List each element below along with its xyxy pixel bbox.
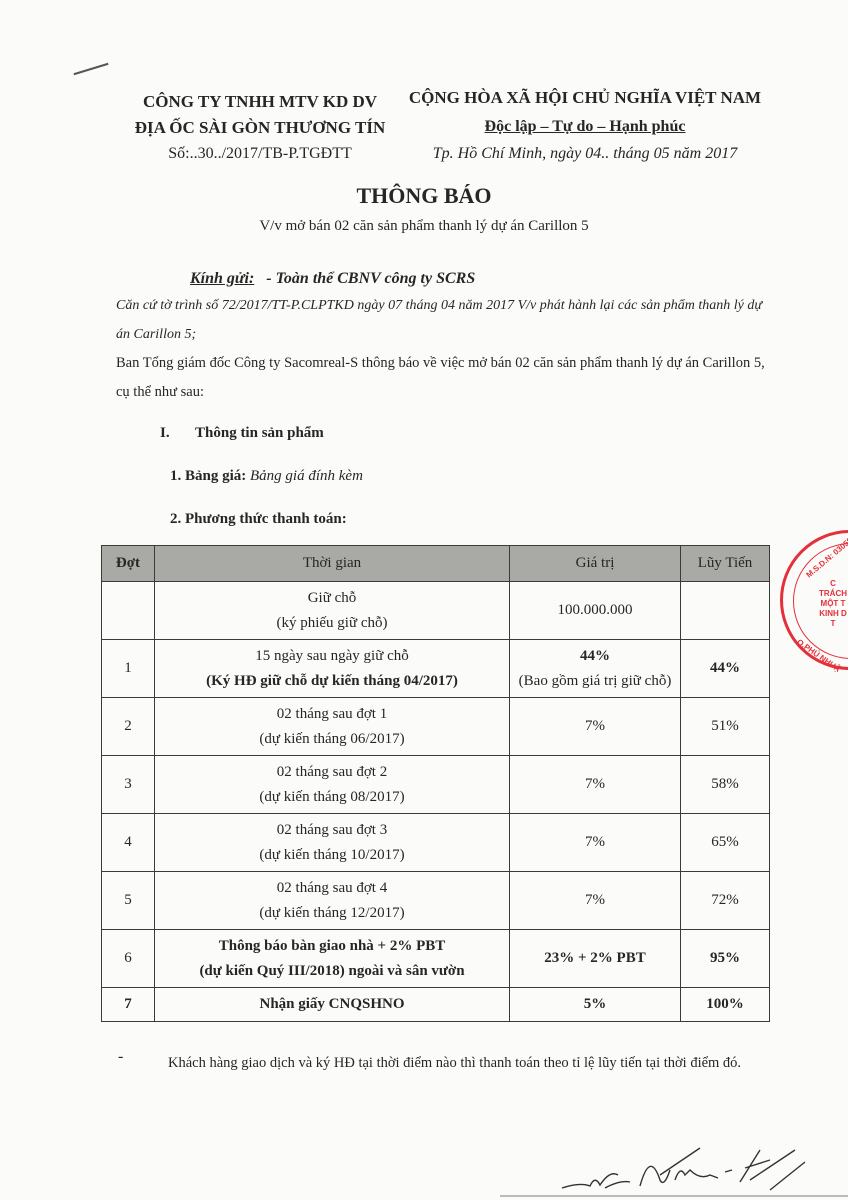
cell-dot: 4 — [102, 814, 155, 872]
cell-text: 02 tháng sau đợt 1 — [277, 706, 387, 722]
cell-dot — [102, 582, 155, 640]
table-row: 7Nhận giấy CNQSHNO5%100% — [102, 988, 770, 1022]
page-edge — [500, 1195, 848, 1197]
stamp-line: KINH D — [819, 609, 847, 618]
cell-text: 6 — [124, 950, 132, 966]
cell-text: 51% — [711, 718, 739, 734]
cell-text: 5 — [124, 892, 132, 908]
document-subject: V/v mở bán 02 căn sản phẩm thanh lý dự á… — [0, 218, 848, 235]
cell-text: (dự kiến tháng 08/2017) — [259, 789, 404, 805]
header-cumulative: Lũy Tiến — [681, 546, 770, 582]
cell-text: (Bao gồm giá trị giữ chỗ) — [519, 673, 672, 689]
cell-value: 7% — [510, 756, 681, 814]
note-body: Khách hàng giao dịch và ký HĐ tại thời đ… — [168, 1055, 741, 1071]
stamp-line: T — [831, 619, 836, 628]
stamp-inner-text: CTRÁCHMỘT TKINH DT — [819, 579, 847, 629]
document-title: THÔNG BÁO — [0, 183, 848, 209]
header-value: Giá trị — [510, 546, 681, 582]
company-seal-stamp: M.S.D.N: 03058 CTRÁCHMỘT TKINH DT Q.PHÚ … — [780, 530, 848, 670]
cell-time: 15 ngày sau ngày giữ chỗ(Ký HĐ giữ chỗ d… — [155, 640, 510, 698]
payment-schedule-table: Đợt Thời gian Giá trị Lũy Tiến Giữ chỗ(k… — [101, 545, 770, 1022]
cell-time: 02 tháng sau đợt 3(dự kiến tháng 10/2017… — [155, 814, 510, 872]
country-heading: CỘNG HÒA XÃ HỘI CHỦ NGHĨA VIỆT NAM — [405, 88, 765, 108]
cell-text: 7 — [124, 996, 132, 1012]
cell-text: 72% — [711, 892, 739, 908]
cell-text: (dự kiến tháng 06/2017) — [259, 731, 404, 747]
cell-cumulative: 65% — [681, 814, 770, 872]
cell-value: 7% — [510, 814, 681, 872]
stamp-line: TRÁCH — [819, 589, 847, 598]
price-list-value: Bảng giá đính kèm — [250, 468, 363, 484]
cell-cumulative: 100% — [681, 988, 770, 1022]
stamp-line: C — [830, 579, 836, 588]
company-name-line1: CÔNG TY TNHH MTV KD DV — [110, 92, 410, 112]
cell-dot: 5 — [102, 872, 155, 930]
cell-text: 2 — [124, 718, 132, 734]
document-number: Số:..30../2017/TB-P.TGĐTT — [110, 145, 410, 163]
cell-value: 7% — [510, 698, 681, 756]
header-time: Thời gian — [155, 546, 510, 582]
table-row: 402 tháng sau đợt 3(dự kiến tháng 10/201… — [102, 814, 770, 872]
table-row: Giữ chỗ(ký phiếu giữ chỗ)100.000.000 — [102, 582, 770, 640]
recipient-label: Kính gửi: — [190, 270, 254, 287]
national-motto: Độc lập – Tự do – Hạnh phúc — [405, 118, 765, 136]
cell-text: 1 — [124, 660, 132, 676]
cell-value: 7% — [510, 872, 681, 930]
cell-text: 7% — [585, 892, 605, 908]
motto-text: Độc lập – Tự do – Hạnh phúc — [485, 118, 686, 135]
cell-text: 7% — [585, 776, 605, 792]
pen-mark — [73, 63, 108, 75]
place-date: Tp. Hồ Chí Minh, ngày 04.. tháng 05 năm … — [405, 145, 765, 163]
cell-text: 95% — [710, 950, 740, 966]
cell-value: 100.000.000 — [510, 582, 681, 640]
payment-method-heading: 2. Phương thức thanh toán: — [170, 511, 347, 528]
cell-text: Giữ chỗ — [308, 590, 357, 606]
cell-time: 02 tháng sau đợt 4(dự kiến tháng 12/2017… — [155, 872, 510, 930]
cell-text: 02 tháng sau đợt 2 — [277, 764, 387, 780]
cell-dot: 6 — [102, 930, 155, 988]
cell-text: (Ký HĐ giữ chỗ dự kiến tháng 04/2017) — [206, 673, 458, 689]
section-numeral: I. — [160, 425, 170, 442]
cell-time: Thông báo bàn giao nhà + 2% PBT(dự kiến … — [155, 930, 510, 988]
cell-text: 4 — [124, 834, 132, 850]
cell-time: Giữ chỗ(ký phiếu giữ chỗ) — [155, 582, 510, 640]
cell-text: (ký phiếu giữ chỗ) — [276, 615, 387, 631]
cell-text: 100.000.000 — [558, 602, 633, 618]
table-row: 302 tháng sau đợt 2(dự kiến tháng 08/201… — [102, 756, 770, 814]
table-row: 6Thông báo bàn giao nhà + 2% PBT(dự kiến… — [102, 930, 770, 988]
cell-text: 15 ngày sau ngày giữ chỗ — [255, 648, 409, 664]
recipient-value: - Toàn thể CBNV công ty SCRS — [266, 270, 475, 287]
cell-value: 5% — [510, 988, 681, 1022]
table-header-row: Đợt Thời gian Giá trị Lũy Tiến — [102, 546, 770, 582]
cell-time: 02 tháng sau đợt 1(dự kiến tháng 06/2017… — [155, 698, 510, 756]
price-list-item: 1. Bảng giá: Bảng giá đính kèm — [170, 468, 363, 485]
table-row: 202 tháng sau đợt 1(dự kiến tháng 06/201… — [102, 698, 770, 756]
cell-time: 02 tháng sau đợt 2(dự kiến tháng 08/2017… — [155, 756, 510, 814]
cell-text: 100% — [706, 996, 744, 1012]
cell-text: 7% — [585, 718, 605, 734]
signature — [560, 1140, 830, 1195]
cell-text: 02 tháng sau đợt 3 — [277, 822, 387, 838]
cell-cumulative: 72% — [681, 872, 770, 930]
table-row: 115 ngày sau ngày giữ chỗ(Ký HĐ giữ chỗ … — [102, 640, 770, 698]
cell-cumulative: 58% — [681, 756, 770, 814]
section-heading: Thông tin sản phẩm — [195, 425, 324, 442]
cell-value: 44%(Bao gồm giá trị giữ chỗ) — [510, 640, 681, 698]
cell-cumulative: 51% — [681, 698, 770, 756]
cell-text: 7% — [585, 834, 605, 850]
cell-cumulative: 95% — [681, 930, 770, 988]
company-name-line2: ĐỊA ỐC SÀI GÒN THƯƠNG TÍN — [110, 118, 410, 138]
cell-time: Nhận giấy CNQSHNO — [155, 988, 510, 1022]
cell-dot: 2 — [102, 698, 155, 756]
cell-cumulative — [681, 582, 770, 640]
stamp-line: MỘT T — [821, 599, 846, 608]
cell-text: 3 — [124, 776, 132, 792]
price-list-label: 1. Bảng giá: — [170, 468, 246, 484]
cell-text: Thông báo bàn giao nhà + 2% PBT — [219, 938, 446, 954]
cell-value: 23% + 2% PBT — [510, 930, 681, 988]
cell-text: 02 tháng sau đợt 4 — [277, 880, 387, 896]
recipient-line: Kính gửi: - Toàn thể CBNV công ty SCRS — [190, 270, 475, 288]
cell-text: (dự kiến tháng 12/2017) — [259, 905, 404, 921]
cell-text: (dự kiến tháng 10/2017) — [259, 847, 404, 863]
header-dot: Đợt — [102, 546, 155, 582]
cell-text: 58% — [711, 776, 739, 792]
note-text: Khách hàng giao dịch và ký HĐ tại thời đ… — [116, 1048, 766, 1078]
cell-dot: 7 — [102, 988, 155, 1022]
cell-cumulative: 44% — [681, 640, 770, 698]
cell-dot: 3 — [102, 756, 155, 814]
cell-text: 44% — [710, 660, 740, 676]
cell-dot: 1 — [102, 640, 155, 698]
table-row: 502 tháng sau đợt 4(dự kiến tháng 12/201… — [102, 872, 770, 930]
cell-text: 23% + 2% PBT — [544, 950, 645, 966]
intro-paragraph: Ban Tổng giám đốc Công ty Sacomreal-S th… — [116, 349, 766, 407]
basis-paragraph: Căn cứ tờ trình số 72/2017/TT-P.CLPTKD n… — [116, 291, 766, 349]
cell-text: 5% — [584, 996, 607, 1012]
cell-text: 44% — [580, 648, 610, 664]
cell-text: (dự kiến Quý III/2018) ngoài và sân vườn — [199, 963, 464, 979]
cell-text: Nhận giấy CNQSHNO — [259, 996, 404, 1012]
cell-text: 65% — [711, 834, 739, 850]
